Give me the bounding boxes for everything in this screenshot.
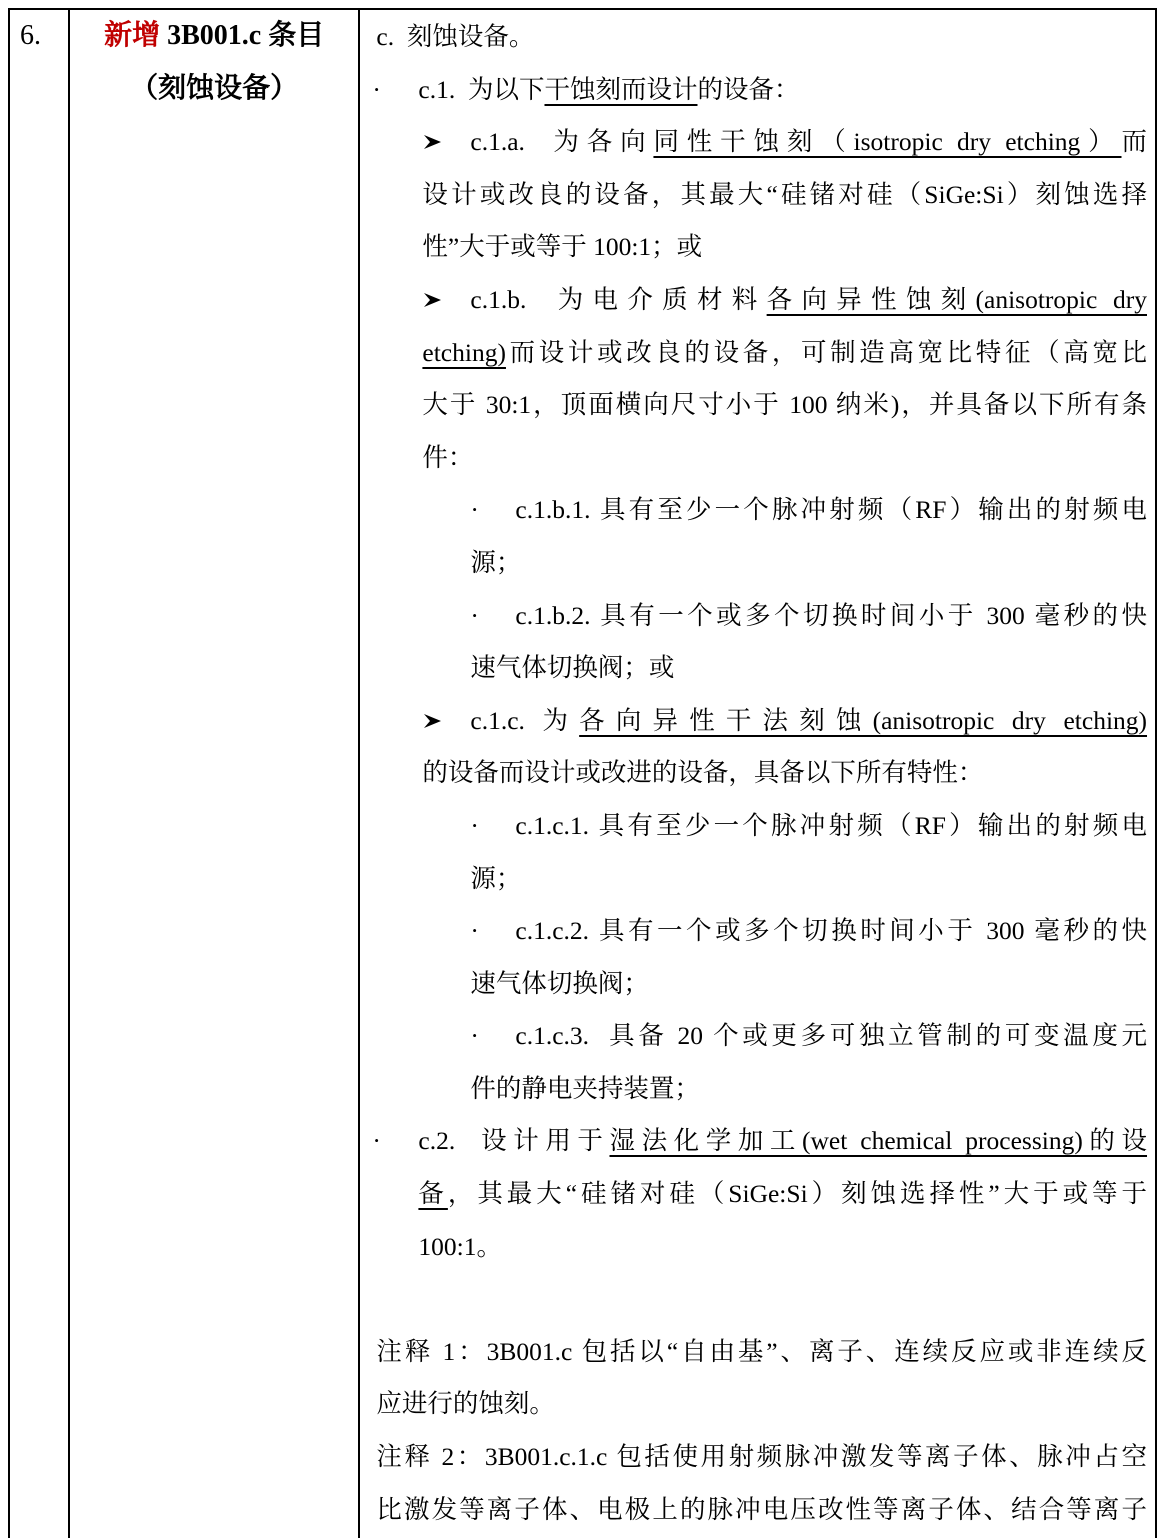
line-text: c.1.a. 为各向同性干蚀刻（isotropic dry etching）而 xyxy=(470,116,1147,169)
content-line xyxy=(360,1273,1155,1326)
line-text: etching)而设计或改良的设备，可制造高宽比特征（高宽比 xyxy=(422,327,1147,380)
content-line: ·c.2. 设计用于湿法化学加工(wet chemical processing… xyxy=(360,1115,1155,1168)
entry-title-cell: 新增 3B001.c 条目 （刻蚀设备） xyxy=(70,10,361,1538)
entry-content-cell: c. 刻蚀设备。·c.1. 为以下干蚀刻而设计的设备：c.1.a. 为各向同性干… xyxy=(360,10,1157,1538)
entry-title-text: 3B001.c 条目 xyxy=(160,20,324,51)
entry-title-highlight: 新增 xyxy=(104,20,160,51)
line-text: 注释 1：3B001.c 包括以“自由基”、离子、连续反应或非连续反 xyxy=(376,1326,1147,1379)
line-text: c.2. 设计用于湿法化学加工(wet chemical processing)… xyxy=(418,1115,1147,1168)
dot-bullet-icon: · xyxy=(470,800,515,853)
line-text: 性”大于或等于 100:1；或 xyxy=(422,221,1147,274)
content-line: c.1.b. 为电介质材料各向异性蚀刻(anisotropic dry xyxy=(360,274,1155,327)
content-line: 应进行的蚀刻。 xyxy=(360,1378,1155,1431)
arrow-bullet-icon xyxy=(422,695,470,748)
content-line: c.1.c. 为各向异性干法刻蚀(anisotropic dry etching… xyxy=(360,695,1155,748)
content-line: 100:1。 xyxy=(360,1221,1155,1274)
content-line: 设计或改良的设备，其最大“硅锗对硅（SiGe:Si）刻蚀选择 xyxy=(360,169,1155,222)
dot-bullet-icon: · xyxy=(372,64,418,117)
content-line: ·c.1.c.1. 具有至少一个脉冲射频（RF）输出的射频电 xyxy=(360,800,1155,853)
content-line: ·c.1.c.3. 具备 20 个或更多可独立管制的可变温度元 xyxy=(360,1010,1155,1063)
line-text: 件的静电夹持装置； xyxy=(470,1063,1147,1116)
line-text: c.1.c.1. 具有至少一个脉冲射频（RF）输出的射频电 xyxy=(515,800,1147,853)
content-line: 的设备而设计或改进的设备，具备以下所有特性： xyxy=(360,747,1155,800)
line-text: 备，其最大“硅锗对硅（SiGe:Si）刻蚀选择性”大于或等于 xyxy=(418,1168,1147,1221)
content-line: 备，其最大“硅锗对硅（SiGe:Si）刻蚀选择性”大于或等于 xyxy=(360,1168,1155,1221)
content-line: ·c.1.b.1. 具有至少一个脉冲射频（RF）输出的射频电 xyxy=(360,484,1155,537)
content-line: ·c.1.b.2. 具有一个或多个切换时间小于 300 毫秒的快 xyxy=(360,590,1155,643)
content-lines: c. 刻蚀设备。·c.1. 为以下干蚀刻而设计的设备：c.1.a. 为各向同性干… xyxy=(360,10,1155,1536)
content-line: 源； xyxy=(360,537,1155,590)
line-text: 的设备而设计或改进的设备，具备以下所有特性： xyxy=(422,747,1147,800)
dot-bullet-icon: · xyxy=(470,905,515,958)
line-text: 源； xyxy=(470,537,1147,590)
line-text xyxy=(376,1273,1147,1326)
dot-bullet-icon: · xyxy=(372,1115,418,1168)
line-text: 源； xyxy=(470,853,1147,906)
content-line: c. 刻蚀设备。 xyxy=(360,11,1155,64)
content-line: etching)而设计或改良的设备，可制造高宽比特征（高宽比 xyxy=(360,327,1155,380)
content-line: ·c.1. 为以下干蚀刻而设计的设备： xyxy=(360,64,1155,117)
regulation-table-row: 6. 新增 3B001.c 条目 （刻蚀设备） c. 刻蚀设备。·c.1. 为以… xyxy=(8,8,1157,1538)
line-text: 件： xyxy=(422,432,1147,485)
dot-bullet-icon: · xyxy=(470,1010,515,1063)
entry-subtitle: （刻蚀设备） xyxy=(70,63,359,116)
line-text: 100:1。 xyxy=(418,1221,1147,1274)
line-text: 注释 2：3B001.c.1.c 包括使用射频脉冲激发等离子体、脉冲占空 xyxy=(376,1431,1147,1484)
line-text: 速气体切换阀； xyxy=(470,958,1147,1011)
line-text: c.1.c.3. 具备 20 个或更多可独立管制的可变温度元 xyxy=(515,1010,1147,1063)
content-line: 源； xyxy=(360,853,1155,906)
document-page: 6. 新增 3B001.c 条目 （刻蚀设备） c. 刻蚀设备。·c.1. 为以… xyxy=(0,0,1164,1538)
content-line: 比激发等离子体、电极上的脉冲电压改性等离子体、结合等离子 xyxy=(360,1484,1155,1537)
line-text: c. 刻蚀设备。 xyxy=(376,11,1147,64)
line-text: c.1.c.2. 具有一个或多个切换时间小于 300 毫秒的快 xyxy=(515,905,1147,958)
dot-bullet-icon: · xyxy=(470,590,515,643)
content-line: 大于 30:1，顶面横向尺寸小于 100 纳米)，并具备以下所有条 xyxy=(360,379,1155,432)
line-text: c.1. 为以下干蚀刻而设计的设备： xyxy=(418,64,1147,117)
content-line: 注释 1：3B001.c 包括以“自由基”、离子、连续反应或非连续反 xyxy=(360,1326,1155,1379)
dot-bullet-icon: · xyxy=(470,484,515,537)
arrow-bullet-icon xyxy=(422,274,470,327)
content-line: 速气体切换阀；或 xyxy=(360,642,1155,695)
arrow-bullet-icon xyxy=(422,116,470,169)
content-line: c.1.a. 为各向同性干蚀刻（isotropic dry etching）而 xyxy=(360,116,1155,169)
line-text: 应进行的蚀刻。 xyxy=(376,1378,1147,1431)
content-line: 性”大于或等于 100:1；或 xyxy=(360,221,1155,274)
line-text: c.1.b. 为电介质材料各向异性蚀刻(anisotropic dry xyxy=(470,274,1147,327)
line-text: 大于 30:1，顶面横向尺寸小于 100 纳米)，并具备以下所有条 xyxy=(422,379,1147,432)
line-text: 设计或改良的设备，其最大“硅锗对硅（SiGe:Si）刻蚀选择 xyxy=(422,169,1147,222)
row-number-cell: 6. xyxy=(10,10,70,1538)
content-line: 件的静电夹持装置； xyxy=(360,1063,1155,1116)
line-text: c.1.c. 为各向异性干法刻蚀(anisotropic dry etching… xyxy=(470,695,1147,748)
content-line: 注释 2：3B001.c.1.c 包括使用射频脉冲激发等离子体、脉冲占空 xyxy=(360,1431,1155,1484)
row-number: 6. xyxy=(10,10,68,63)
content-line: 件： xyxy=(360,432,1155,485)
line-text: 比激发等离子体、电极上的脉冲电压改性等离子体、结合等离子 xyxy=(376,1484,1147,1537)
line-text: c.1.b.2. 具有一个或多个切换时间小于 300 毫秒的快 xyxy=(515,590,1147,643)
content-line: ·c.1.c.2. 具有一个或多个切换时间小于 300 毫秒的快 xyxy=(360,905,1155,958)
line-text: 速气体切换阀；或 xyxy=(470,642,1147,695)
line-text: c.1.b.1. 具有至少一个脉冲射频（RF）输出的射频电 xyxy=(515,484,1147,537)
content-line: 速气体切换阀； xyxy=(360,958,1155,1011)
entry-title-line: 新增 3B001.c 条目 xyxy=(70,10,359,63)
